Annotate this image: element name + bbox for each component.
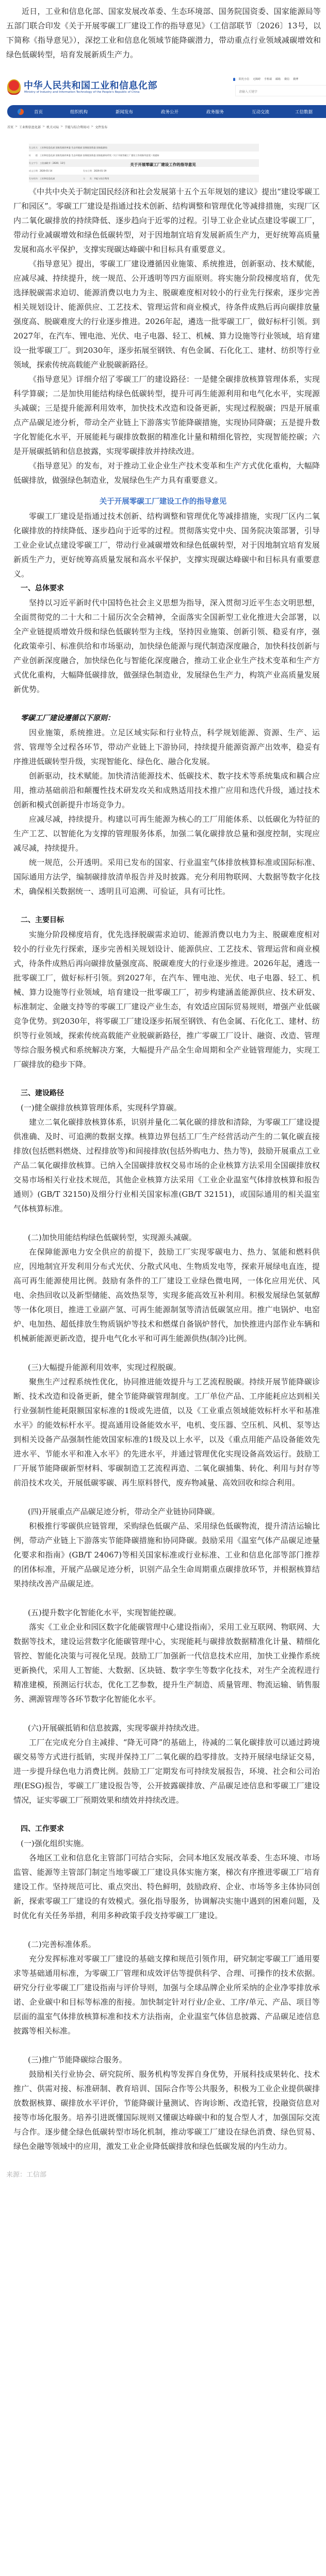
source-label: 来源：工信部 [0, 2169, 326, 2210]
main-nav: 首页 组织机构 新闻发布 政务公开 政务服务 互动交流 工信数据 [7, 105, 326, 118]
subsection-body: 鼓励相关行业协会、研究院所、服务机构等发挥自身优势，开展科技成果转化、技术推广、… [13, 2067, 320, 2154]
principle-item: 创新驱动，技术赋能。加快清洁能源技术、低碳技术、数字技术等系统集成和耦合应用，推… [13, 769, 320, 812]
subsection-body: 聚焦生产过程系统性优化，协同推进能效提升与工艺流程脱碳。持续开展节能降碳诊断、技… [13, 1375, 320, 1490]
search-input[interactable]: 请输入关键字 [235, 85, 326, 96]
section-1-title: 一、总体要求 [13, 581, 320, 596]
section-3-title: 三、建设路径 [13, 1086, 320, 1100]
breadcrumb-item[interactable]: 首页 [7, 125, 13, 129]
nav-public-affairs[interactable]: 政务公开 [161, 109, 178, 115]
subsection-title: (六)开展碳抵销和信息披露，实现零碳并持续改进。 [13, 1721, 320, 1735]
subsection-title: (二)完善标准体系。 [13, 1937, 320, 1952]
top-link-weibo[interactable]: 微博 [293, 77, 298, 81]
summary-paragraph: 《指导意见》提出，零碳工厂建设遵循因业施策、系统推进，创新驱动、技术赋能，应减尽… [13, 257, 320, 372]
guidance-body: 零碳工厂建设是指通过技术创新、结构调整和管理优化等减排措施，实现厂区内二氧化碳排… [0, 509, 326, 2154]
site-title: 中华人民共和国工业和信息化部 [24, 78, 157, 92]
subsection-body: 工厂在完成充分自主减排、“降无可降”的基础上，待减的二氧化碳排放可以通过跨境碳交… [13, 1735, 320, 1807]
nav-interaction[interactable]: 互动交流 [252, 109, 269, 115]
miit-logo-icon [18, 109, 24, 115]
subsection-body: 积极推行零碳供应链管理，采购绿色低碳产品、采用绿色低碳物流，提升清洁运输比例，带… [13, 1519, 320, 1591]
top-links: 阳光小信 无障碍 手机端 邮箱 微信 微博 [233, 77, 298, 81]
section-2-body: 实施分阶段梯度培育，优先选择脱碳需求迫切、能源消费以电力为主、脱碳难度相对较小的… [13, 927, 320, 1072]
subsection-title: (一)健全碳排放核算管理体系，实现科学算碳。 [13, 1100, 320, 1115]
nav-organization[interactable]: 组织机构 [70, 109, 88, 115]
meta-row-title: 标 题： 工业和信息化部 国家发展改革委 生态环境部 国务院国资委 国家能源局印… [29, 151, 259, 159]
site-header: 中华人民共和国工业和信息化部 Ministry of Industry and … [0, 75, 326, 104]
doc-title-wrap: 关于开展零碳工厂建设工作的指导意见 [0, 163, 326, 184]
intro-section: 近日，工业和信息化部、国家发展改革委、生态环境部、国务院国资委、国家能源局等五部… [0, 0, 326, 62]
top-link-wechat[interactable]: 微信 [284, 77, 289, 81]
summary-section: 《中共中央关于制定国民经济和社会发展第十五个五年规划的建议》提出“建设零碳工厂和… [0, 184, 326, 487]
principle-item: 因业施策，系统推进。立足区域实际和行业特点，科学规划能源、资源、生产、运营、管理… [13, 725, 320, 769]
meta-row-issuer: 发文机关： 工业和信息化部 国家发展改革委 生态环境部 国务院国资委 国家能源局 [29, 144, 259, 151]
nav-home[interactable]: 首页 [34, 109, 43, 115]
subsection-body: 在保障能源电力安全供应的前提下，鼓励工厂实现零碳电力、热力、氢能和燃料供应，因地… [13, 1245, 320, 1346]
subsection-title: (四)开展重点产品碳足迹分析，带动全产业链协同降碳。 [13, 1504, 320, 1519]
nav-news[interactable]: 新闻发布 [116, 109, 133, 115]
principles-title: 零碳工厂建设遵循以下原则： [13, 711, 320, 725]
breadcrumb-item[interactable]: 节能与综合利用司 [64, 125, 89, 129]
subsection-body: 落实《工业企业和园区数字化能碳管理中心建设指南》，采用工业互联网、物联网、大数据… [13, 1620, 320, 1706]
section-2-title: 二、主要目标 [13, 913, 320, 927]
top-link-accessibility[interactable]: 无障碍 [253, 77, 260, 81]
subsection-body: 建立二氧化碳排放核算体系，识别并量化二氧化碳的排放和清除，为零碳工厂建设提供准确… [13, 1115, 320, 1216]
breadcrumb-item[interactable]: 机关司局 [46, 125, 59, 129]
summary-paragraph: 《指导意见》的发布，对于推动工业企业生产技术变革和生产方式优化重构，大幅降低碳排… [13, 459, 320, 487]
nav-services[interactable]: 政务服务 [206, 109, 224, 115]
subsection-title: (二)加快用能结构绿色低碳转型，实现源头减碳。 [13, 1230, 320, 1245]
guidance-title: 关于开展零碳工厂建设工作的指导意见 [0, 495, 326, 509]
subsection-title: (一)强化组织实施。 [13, 1836, 320, 1851]
subsection-body: 充分发挥标准对零碳工厂建设的基础支撑和规范引领作用，研究制定零碳工厂通用要求等基… [13, 1952, 320, 2038]
embedded-website-screenshot: 中华人民共和国工业和信息化部 Ministry of Industry and … [0, 75, 326, 163]
subsection-title: (三)推广节能降碳综合服务。 [13, 2053, 320, 2067]
top-link-mail[interactable]: 邮箱 [275, 77, 281, 81]
intro-paragraph: 近日，工业和信息化部、国家发展改革委、生态环境部、国务院国资委、国家能源局等五部… [6, 4, 321, 62]
subsection-title: (五)提升数字化智能化水平，实现智能控碳。 [13, 1605, 320, 1620]
top-link-mobile[interactable]: 手机端 [264, 77, 272, 81]
summary-paragraph: 《指导意见》详细介绍了零碳工厂的建设路径：一是健全碳排放核算管理体系，实现科学算… [13, 372, 320, 459]
national-emblem-icon [7, 79, 21, 95]
subsection-body: 各地区工业和信息化主管部门可结合实际，会同本地区发展改革委、生态环境、市场监管、… [13, 1851, 320, 1923]
subsection-title: (三)大幅提升能源利用效率，实现过程脱碳。 [13, 1360, 320, 1375]
site-subtitle: Ministry of Industry and Information Tec… [24, 91, 139, 94]
top-link-sunshine[interactable]: 阳光小信 [239, 77, 249, 81]
breadcrumb-item[interactable]: 工业和信息化部 [19, 125, 41, 129]
breadcrumb-item[interactable]: 文件发布 [95, 125, 107, 129]
preamble: 零碳工厂建设是指通过技术创新、结构调整和管理优化等减排措施，实现厂区内二氧化碳排… [13, 509, 320, 581]
nav-data[interactable]: 工信数据 [295, 109, 313, 115]
section-1-body: 坚持以习近平新时代中国特色社会主义思想为指导，深入贯彻习近平生态文明思想，全面贯… [13, 596, 320, 697]
breadcrumb: 首页> 工业和信息化部> 机关司局> 节能与综合利用司> 文件发布 [7, 125, 107, 129]
summary-paragraph: 《中共中央关于制定国民经济和社会发展第十五个五年规划的建议》提出“建设零碳工厂和… [13, 184, 320, 257]
section-4-title: 四、工作要求 [13, 1822, 320, 1836]
site-doc-title: 关于开展零碳工厂建设工作的指导意见 [0, 162, 326, 167]
principle-item: 应减尽减，持续提升。构建以可再生能源为核心的工厂用能体系、以低碳化为特征的生产工… [13, 812, 320, 855]
location-pin-icon [233, 78, 235, 81]
principle-item: 统一规范，公开透明。采用已发布的国家、行业温室气体排放核算标准或国际标准、国际通… [13, 855, 320, 899]
